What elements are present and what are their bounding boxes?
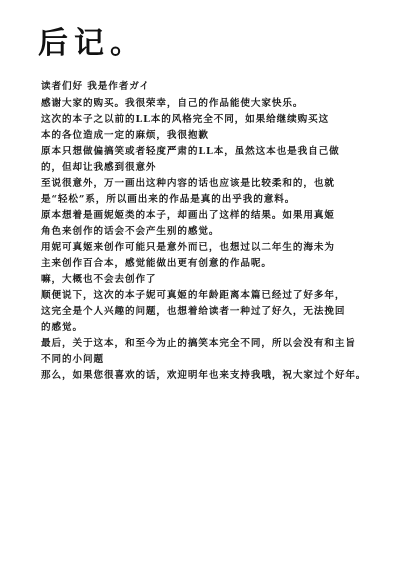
text-line: 最后，关于这本，和至今为止的搞笑本完全不同，所以会没有和主旨 xyxy=(41,336,381,352)
text-line: 角色来创作的话会不会产生别的感觉。 xyxy=(41,224,381,240)
text-line: 主来创作百合本，感觉能做出更有创意的作品呢。 xyxy=(41,256,381,272)
text-line: 这完全是个人兴趣的问题，也想着给读者一种过了好久，无法挽回 xyxy=(41,304,381,320)
text-line: 的感觉。 xyxy=(41,320,381,336)
text-line: 嘛，大概也不会去创作了 xyxy=(41,272,381,288)
text-line: 至说很意外，万一画出这种内容的话也应该是比较柔和的，也就 xyxy=(41,176,381,192)
text-line: 是“轻松”系，所以画出来的作品是真的出乎我的意料。 xyxy=(41,192,381,208)
text-line: 顺便说下，这次的本子妮可真姬的年龄距离本篇已经过了好多年， xyxy=(41,288,381,304)
text-line: 本的各位造成一定的麻烦，我很抱歉 xyxy=(41,128,381,144)
text-line: 用妮可真姬来创作可能只是意外而已，也想过以二年生的海未为 xyxy=(41,240,381,256)
afterword-page: 后记。 读者们好 我是作者ガイ 感谢大家的购买。我很荣幸，自己的作品能使大家快乐… xyxy=(0,0,400,567)
text-line: 那么，如果您很喜欢的话，欢迎明年也来支持我哦，祝大家过个好年。 xyxy=(41,368,381,384)
text-line: 原本想着是画妮姬类的本子，却画出了这样的结果。如果用真姬 xyxy=(41,208,381,224)
text-line: 不同的小问题 xyxy=(41,352,381,368)
text-line: 感谢大家的购买。我很荣幸，自己的作品能使大家快乐。 xyxy=(41,96,381,112)
page-title: 后记。 xyxy=(38,24,146,64)
greeting-line: 读者们好 我是作者ガイ xyxy=(41,79,381,95)
text-line: 原本只想做偏搞笑或者轻度严肃的LL本，虽然这本也是我自己做 xyxy=(41,144,381,160)
text-line: 的，但却让我感到很意外 xyxy=(41,160,381,176)
afterword-body: 读者们好 我是作者ガイ 感谢大家的购买。我很荣幸，自己的作品能使大家快乐。 这次… xyxy=(41,79,381,384)
text-line: 这次的本子之以前的LL本的风格完全不同，如果给继续购买这 xyxy=(41,112,381,128)
